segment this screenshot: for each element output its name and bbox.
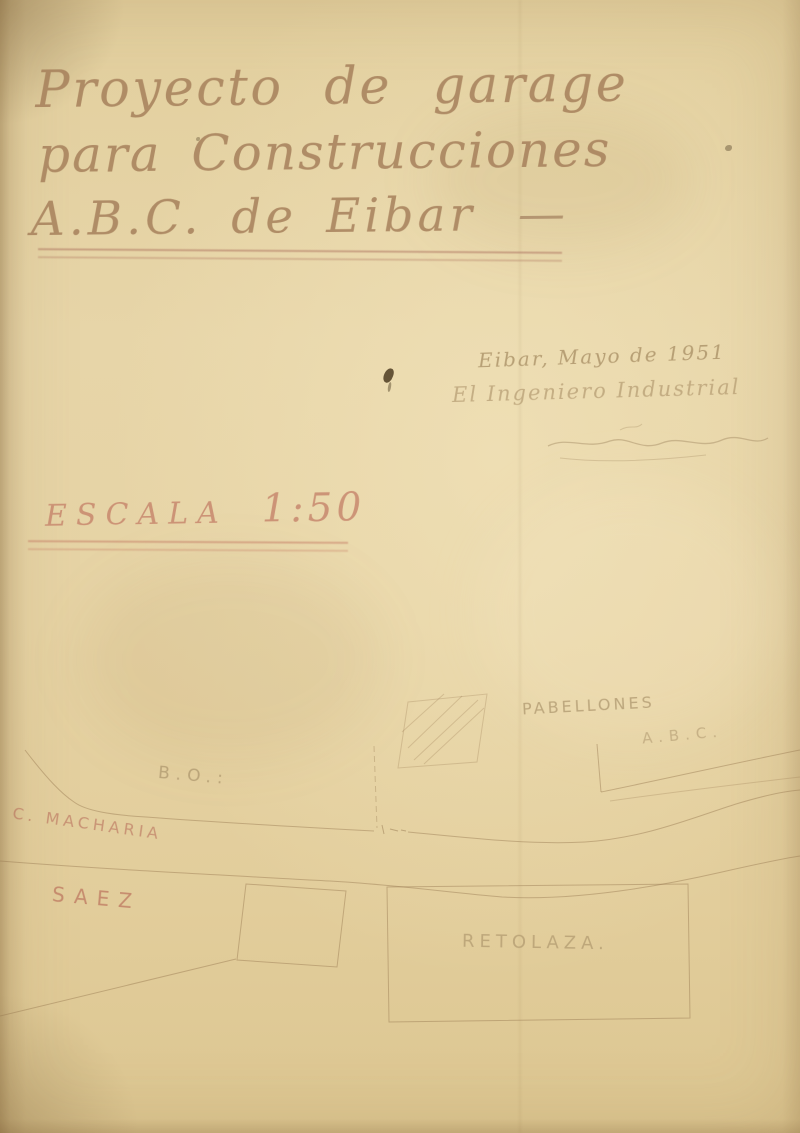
- hatched-pavilion: [398, 694, 487, 768]
- parcel-diagonal-upper: [601, 750, 800, 792]
- label-retolaza: RETOLAZA.: [462, 931, 609, 955]
- label-pabellones: PABELLONES: [522, 693, 656, 719]
- title-line-1: Proyecto de garage: [35, 55, 629, 120]
- title-end-dash: —: [518, 186, 570, 242]
- label-bo: B.O.:: [157, 763, 229, 789]
- signature-scribble: [548, 424, 768, 461]
- street-upper-edge-right: [408, 790, 800, 843]
- scanned-plan-sheet: Proyecto de garage para Construcciones A…: [0, 0, 800, 1133]
- parcel-diagonal-lower: [610, 777, 800, 801]
- pavilion-hatching: [402, 694, 484, 764]
- parcel-boundary-vertical-right: [597, 744, 601, 792]
- scale-underline: [28, 540, 348, 552]
- title-line-3-text: A.B.C. de Eibar: [30, 187, 476, 247]
- document-title: Proyecto de garage para Construcciones A…: [29, 55, 630, 247]
- title-line-3: A.B.C. de Eibar —: [30, 186, 630, 247]
- title-line-2: para Construcciones: [38, 120, 630, 184]
- label-saez: SAEZ: [51, 882, 142, 914]
- paper-speck: [725, 145, 732, 151]
- parcel-boundary-vertical: [374, 746, 377, 828]
- imprint-place-date: Eibar, Mayo de 1951: [478, 340, 726, 373]
- ink-speck-tail: [387, 382, 391, 392]
- small-plot-outline: [237, 884, 346, 967]
- scale-label: ESCALA: [45, 496, 228, 534]
- paper-stain: [80, 560, 380, 760]
- label-abc: A.B.C.: [641, 723, 723, 748]
- scale-note: ESCALA 1:50: [45, 485, 366, 536]
- title-underline: [38, 248, 562, 262]
- saez-parcel-diagonal: [0, 959, 236, 1016]
- scale-value: 1:50: [261, 485, 365, 532]
- street-tick-marks: [382, 825, 406, 834]
- ink-speck: [382, 367, 395, 384]
- imprint-signatory: El Ingeniero Industrial: [452, 375, 741, 407]
- pavilion-outline: [398, 694, 487, 768]
- label-c-macharia: C. MACHARIA: [11, 804, 163, 844]
- street-and-parcel-lines: [0, 744, 800, 1022]
